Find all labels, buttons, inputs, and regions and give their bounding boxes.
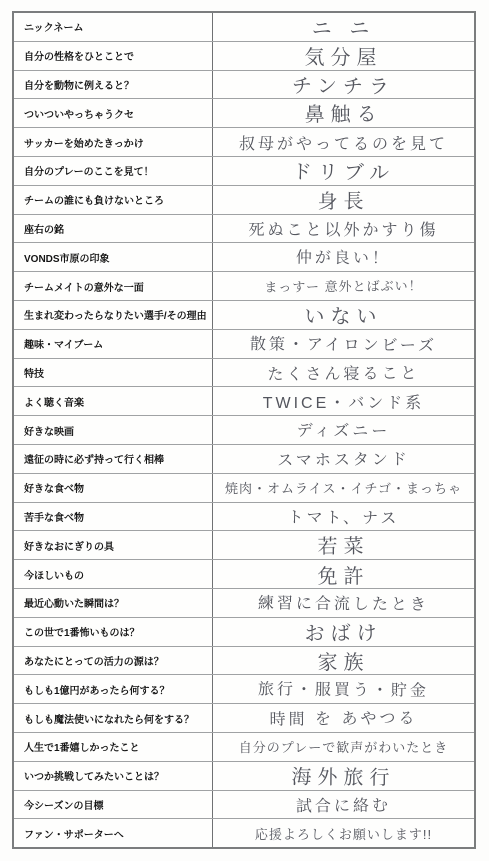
table-row: 座右の銘 死ぬこと以外かすり傷 [14,215,474,244]
table-row: チームメイトの意外な一面 まっすー 意外とばぶい！ [14,272,474,301]
question-label: ついついやっちゃうクセ [14,99,213,127]
answer-handwritten-text: 若菜 [213,530,474,560]
question-label: 自分のプレーのここを見て！ [14,157,213,185]
question-label: サッカーを始めたきっかけ [14,128,213,156]
table-row: 自分のプレーのここを見て！ ドリブル [14,157,474,186]
question-label: この世で1番怖いものは？ [14,618,213,646]
answer-handwritten-text: 死ぬこと以外かすり傷 [213,215,474,243]
answer-handwritten-text: 練習に合流したとき [213,588,474,618]
question-label: チームの誰にも負けないところ [14,186,213,214]
answer-handwritten-text: 旅行・服買う・貯金 [213,674,474,704]
question-label: 座右の銘 [14,215,213,243]
question-label: ファン・サポーターへ [14,819,213,847]
table-row: 好きな食べ物 焼肉・オムライス・イチゴ・まっちゃ [14,474,474,503]
question-label: 特技 [14,359,213,387]
answer-handwritten-text: 家族 [213,647,474,675]
answer-handwritten-text: 試合に絡む [213,789,474,819]
question-label: よく聴く音楽 [14,387,213,415]
table-row: いつか挑戦してみたいことは？ 海外旅行 [14,762,474,791]
answer-handwritten-text: 海外旅行 [213,761,474,791]
question-label: あなたにとっての活力の源は？ [14,647,213,675]
table-row: 苦手な食べ物 トマト、ナス [14,503,474,532]
table-row: 特技 たくさん寝ること [14,359,474,388]
table-row: 今ほしいもの 免許 [14,560,474,589]
question-label: VONDS市原の印象 [14,243,213,271]
answer-handwritten-text: まっすー 意外とばぶい！ [213,271,474,301]
answer-handwritten-text: 仲が良い！ [213,242,474,272]
question-label: ニックネーム [14,13,213,41]
answer-handwritten-text: おばけ [213,617,474,647]
questionnaire-sheet: ニックネーム ニ ニ 自分の性格をひとことで 気分屋 自分を動物に例えると？ チ… [0,0,489,861]
answer-handwritten-text: 時間 を あやつる [213,703,474,733]
answer-handwritten-text: ドリブル [213,156,474,186]
table-row: サッカーを始めたきっかけ 叔母がやってるのを見て [14,128,474,157]
question-label: もしも魔法使いになれたら何をする？ [14,704,213,732]
table-row: ファン・サポーターへ 応援よろしくお願いします!! [14,819,474,847]
question-label: チームメイトの意外な一面 [14,272,213,300]
answer-handwritten-text: 焼肉・オムライス・イチゴ・まっちゃ [213,474,474,502]
table-row: ついついやっちゃうクセ 鼻触る [14,99,474,128]
question-label: 遠征の時に必ず持って行く相棒 [14,445,213,473]
answer-handwritten-text: TWICE・バンド系 [213,387,474,415]
answer-handwritten-text: ニ ニ [213,12,474,42]
answer-handwritten-text: たくさん寝ること [213,357,474,387]
answer-handwritten-text: スマホスタンド [213,444,474,474]
table-row: 人生で1番嬉しかったこと 自分のプレーで歓声がわいたとき [14,733,474,762]
question-label: 好きなおにぎりの具 [14,531,213,559]
table-row: チームの誰にも負けないところ 身長 [14,186,474,215]
question-label: いつか挑戦してみたいことは？ [14,762,213,790]
question-label: 苦手な食べ物 [14,503,213,531]
answer-handwritten-text: 身長 [213,185,474,215]
question-label: もしも1億円があったら何する？ [14,675,213,703]
question-label: 好きな食べ物 [14,474,213,502]
answer-handwritten-text: 気分屋 [213,42,474,70]
table-row: 自分の性格をひとことで 気分屋 [14,42,474,71]
answer-handwritten-text: 鼻触る [213,98,474,128]
table-row: 遠征の時に必ず持って行く相棒 スマホスタンド [14,445,474,474]
table-row: よく聴く音楽 TWICE・バンド系 [14,387,474,416]
question-label: 自分を動物に例えると？ [14,71,213,99]
question-label: 好きな映画 [14,416,213,444]
answer-handwritten-text: 叔母がやってるのを見て [213,128,474,156]
answer-handwritten-text: チンチラ [213,69,474,99]
table-row: VONDS市原の印象 仲が良い！ [14,243,474,272]
answer-handwritten-text: 散策・アイロンビーズ [213,329,474,359]
table-row: 自分を動物に例えると？ チンチラ [14,71,474,100]
table-row: 好きなおにぎりの具 若菜 [14,531,474,560]
answer-handwritten-text: いない [213,301,474,329]
answer-handwritten-text: ディズニー [213,415,474,445]
table-row: 趣味・マイブーム 散策・アイロンビーズ [14,330,474,359]
questionnaire-table: ニックネーム ニ ニ 自分の性格をひとことで 気分屋 自分を動物に例えると？ チ… [12,11,476,849]
table-row: 最近心動いた瞬間は？ 練習に合流したとき [14,589,474,618]
table-row: この世で1番怖いものは？ おばけ [14,618,474,647]
table-row: ニックネーム ニ ニ [14,13,474,42]
table-row: 生まれ変わったらなりたい選手/その理由 いない [14,301,474,330]
table-row: 好きな映画 ディズニー [14,416,474,445]
question-label: 今シーズンの目標 [14,791,213,819]
table-row: 今シーズンの目標 試合に絡む [14,791,474,820]
question-label: 自分の性格をひとことで [14,42,213,70]
table-row: もしも魔法使いになれたら何をする？ 時間 を あやつる [14,704,474,733]
answer-handwritten-text: トマト、ナス [213,501,474,531]
question-label: 最近心動いた瞬間は？ [14,589,213,617]
answer-handwritten-text: 免許 [213,560,474,588]
question-label: 趣味・マイブーム [14,330,213,358]
question-label: 人生で1番嬉しかったこと [14,733,213,761]
table-row: あなたにとっての活力の源は？ 家族 [14,647,474,676]
table-row: もしも1億円があったら何する？ 旅行・服買う・貯金 [14,675,474,704]
answer-handwritten-text: 自分のプレーで歓声がわいたとき [213,733,474,761]
question-label: 今ほしいもの [14,560,213,588]
answer-handwritten-text: 応援よろしくお願いします!! [213,819,474,847]
question-label: 生まれ変わったらなりたい選手/その理由 [14,301,213,329]
